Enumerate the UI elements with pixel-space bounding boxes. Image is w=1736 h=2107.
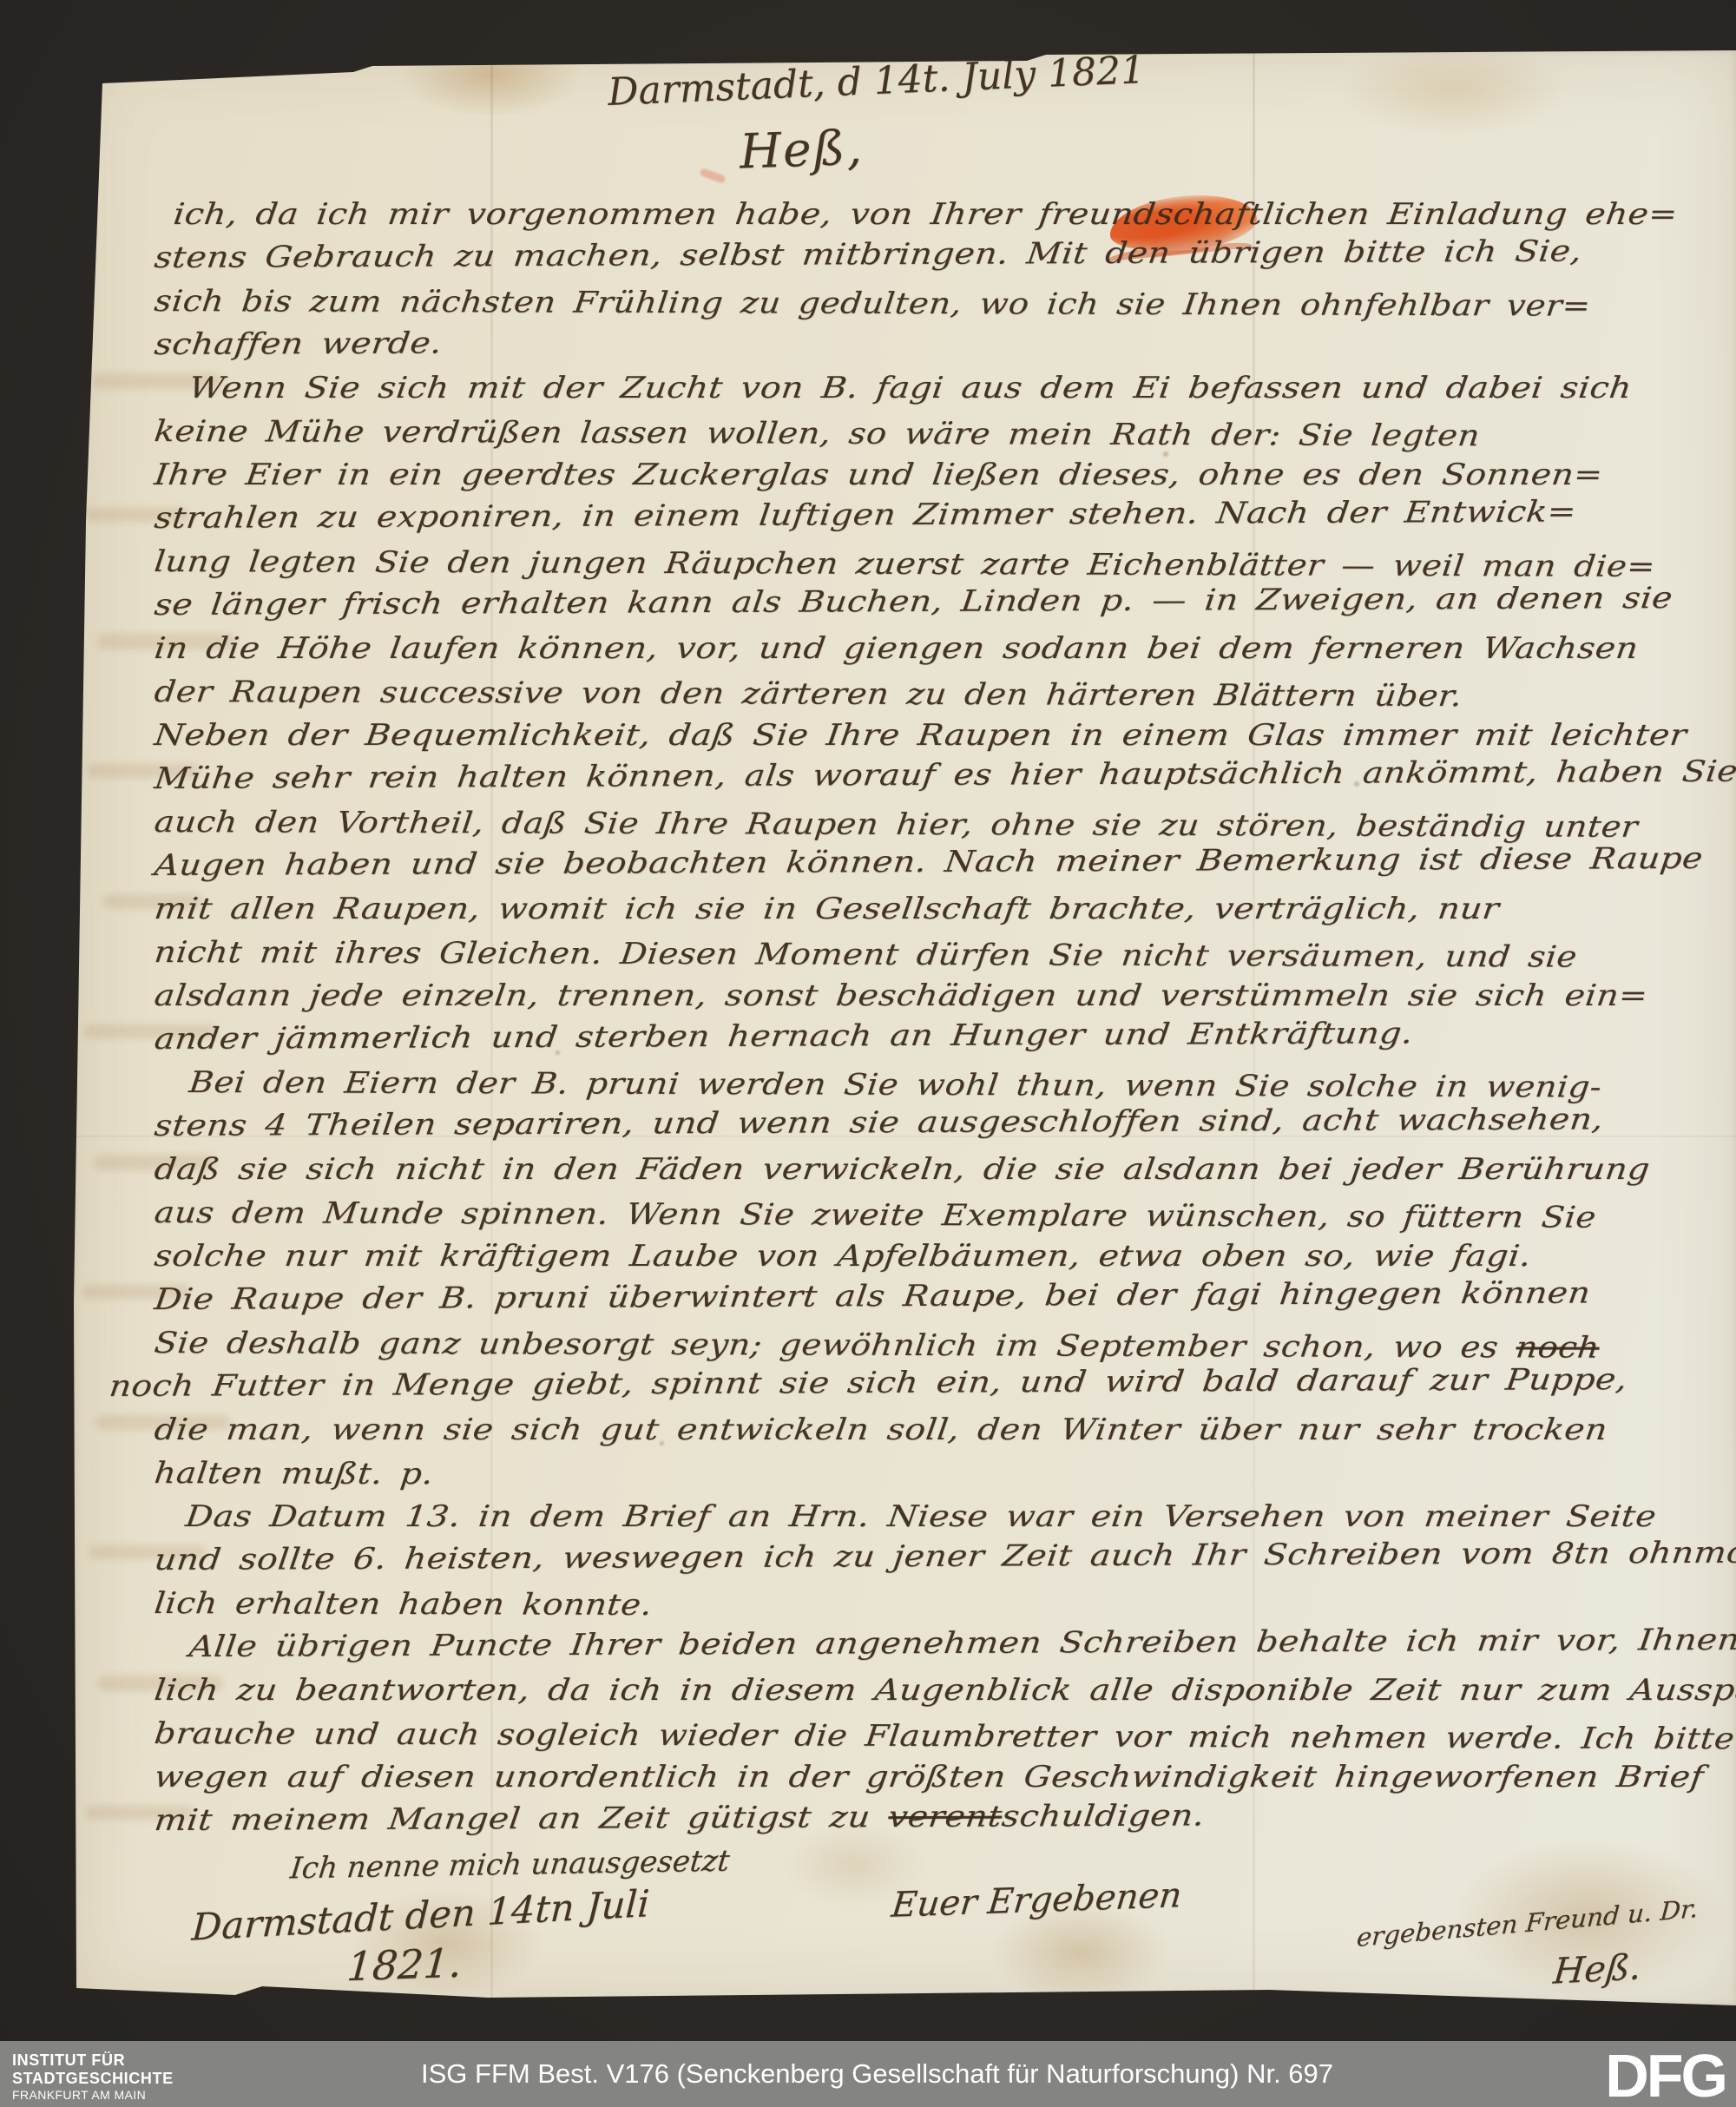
handwriting-text: und sollte 6. heisten, weswegen ich zu j…	[153, 1535, 1736, 1577]
handwriting-text: die man, wenn sie sich gut entwickeln so…	[153, 1412, 1610, 1447]
institute-city: FRANKFURT AM MAIN	[12, 2088, 174, 2103]
handwriting-line: und sollte 6. heisten, weswegen ich zu j…	[152, 1531, 1736, 1582]
handwriting-line: stens 4 Theilen separiren, und wenn sie …	[152, 1096, 1736, 1148]
handwriting-text: se länger frisch erhalten kann als Buche…	[153, 581, 1675, 622]
handwriting-line: mit allen Raupen, womit ich sie in Gesel…	[152, 887, 1736, 931]
handwriting-text: halten mußt. p.	[153, 1456, 435, 1491]
handwriting-text: aus dem Munde spinnen. Wenn Sie zweite E…	[153, 1195, 1598, 1235]
handwriting-line: daß sie sich nicht in den Fäden verwicke…	[152, 1148, 1736, 1191]
handwriting-text: ich, da ich mir vorgenommen habe, von Ih…	[172, 197, 1680, 232]
struck-word: verent	[886, 1800, 1003, 1835]
institute-name-line2: STADTGESCHICHTE	[12, 2070, 174, 2088]
handwriting-line: halten mußt. p.	[152, 1452, 1736, 1501]
institute-name-line1: INSTITUT FÜR	[12, 2051, 174, 2070]
closing-year: 1821.	[345, 1939, 464, 1991]
institute-logo-text: INSTITUT FÜR STADTGESCHICHTE FRANKFURT A…	[12, 2051, 174, 2103]
handwriting-line: keine Mühe verdrüßen lassen wollen, so w…	[152, 410, 1736, 459]
handwriting-text: stens Gebrauch zu machen, selbst mitbrin…	[153, 234, 1584, 275]
handwriting-text: Mühe sehr rein halten können, als worauf…	[153, 754, 1736, 796]
handwriting-text: wegen auf diesen unordentlich in der grö…	[153, 1760, 1706, 1794]
handwriting-text: Die Raupe der B. pruni überwintert als R…	[153, 1275, 1593, 1317]
archive-footer-bar: INSTITUT FÜR STADTGESCHICHTE FRANKFURT A…	[0, 2041, 1736, 2107]
handwriting-text: Alle übrigen Puncte Ihrer beiden angeneh…	[187, 1622, 1736, 1664]
handwriting-text: Neben der Bequemlichkeit, daß Sie Ihre R…	[153, 718, 1689, 753]
handwriting-text: solche nur mit kräftigem Laube von Apfel…	[153, 1239, 1534, 1274]
handwriting-text: mit allen Raupen, womit ich sie in Gesel…	[153, 892, 1502, 926]
handwriting-line: Alle übrigen Puncte Ihrer beiden angeneh…	[187, 1617, 1736, 1669]
handwriting-line: nicht mit ihres Gleichen. Diesen Moment …	[152, 931, 1736, 980]
dfg-logo: DFG	[1605, 2041, 1726, 2107]
handwriting-line: die man, wenn sie sich gut entwickeln so…	[152, 1408, 1736, 1452]
letter-salutation: Heß,	[739, 120, 865, 180]
handwriting-text: der Raupen successive von den zärteren z…	[153, 675, 1464, 714]
handwriting-text: daß sie sich nicht in den Fäden verwicke…	[153, 1152, 1652, 1187]
archive-reference: ISG FFM Best. V176 (Senckenberg Gesellsc…	[421, 2058, 1333, 2090]
handwriting-text: ander jämmerlich und sterben hernach an …	[153, 1016, 1415, 1057]
handwriting-text: noch Futter in Menge giebt, spinnt sie s…	[108, 1362, 1629, 1404]
handwriting-text: lich zu beantworten, da ich in diesem Au…	[153, 1673, 1736, 1708]
handwriting-line: Die Raupe der B. pruni überwintert als R…	[152, 1270, 1736, 1321]
handwriting-line: noch Futter in Menge giebt, spinnt sie s…	[107, 1356, 1736, 1408]
handwriting-line: Mühe sehr rein halten können, als worauf…	[152, 749, 1736, 800]
handwriting-text: strahlen zu exponiren, in einem luftigen…	[153, 495, 1579, 536]
handwriting-line: der Raupen successive von den zärteren z…	[152, 670, 1736, 720]
handwriting-line: mit meinem Mangel an Zeit gütigst zu ver…	[152, 1791, 1736, 1842]
handwriting-line: stens Gebrauch zu machen, selbst mitbrin…	[152, 228, 1736, 280]
handwriting-line: brauche und auch sogleich wieder die Fla…	[152, 1712, 1736, 1761]
handwriting-line: Wenn Sie sich mit der Zucht von B. fagi …	[187, 366, 1736, 410]
handwriting-text: schuldigen.	[1000, 1798, 1207, 1834]
handwriting-line: aus dem Munde spinnen. Wenn Sie zweite E…	[152, 1191, 1736, 1241]
handwriting-text: Wenn Sie sich mit der Zucht von B. fagi …	[187, 371, 1634, 405]
handwriting-line: schaffen werde.	[152, 315, 1736, 366]
handwriting-text: alsdann jede einzeln, trennen, sonst bes…	[153, 978, 1650, 1013]
handwriting-text: Das Datum 13. in dem Brief an Hrn. Niese…	[184, 1499, 1659, 1534]
handwriting-text: Ihre Eier in ein geerdtes Zuckerglas und…	[153, 458, 1605, 492]
handwriting-text: lich erhalten haben konnte.	[153, 1586, 654, 1623]
handwriting-text: brauche und auch sogleich wieder die Fla…	[153, 1716, 1736, 1757]
handwriting-text: keine Mühe verdrüßen lassen wollen, so w…	[153, 414, 1482, 453]
handwriting-text: nicht mit ihres Gleichen. Diesen Moment …	[153, 935, 1579, 975]
handwriting-text: schaffen werde.	[153, 326, 444, 362]
handwriting-text: mit meinem Mangel an Zeit gütigst zu	[153, 1800, 891, 1838]
handwriting-text: in die Höhe laufen können, vor, und gien…	[153, 631, 1641, 666]
handwriting-line: strahlen zu exponiren, in einem luftigen…	[152, 489, 1736, 540]
letter-body: ich, da ich mir vorgenommen habe, von Ih…	[155, 193, 1717, 1842]
handwriting-line: ander jämmerlich und sterben hernach an …	[152, 1010, 1736, 1061]
handwriting-text: stens 4 Theilen separiren, und wenn sie …	[153, 1102, 1606, 1143]
handwriting-line: Augen haben und sie beobachten können. N…	[152, 836, 1736, 887]
signature-name: Heß.	[1552, 1946, 1643, 1992]
handwriting-line: in die Höhe laufen können, vor, und gien…	[152, 627, 1736, 670]
handwriting-text: Augen haben und sie beobachten können. N…	[153, 841, 1705, 883]
handwriting-line: lich zu beantworten, da ich in diesem Au…	[152, 1669, 1736, 1712]
handwriting-line: se länger frisch erhalten kann als Buche…	[152, 576, 1736, 627]
